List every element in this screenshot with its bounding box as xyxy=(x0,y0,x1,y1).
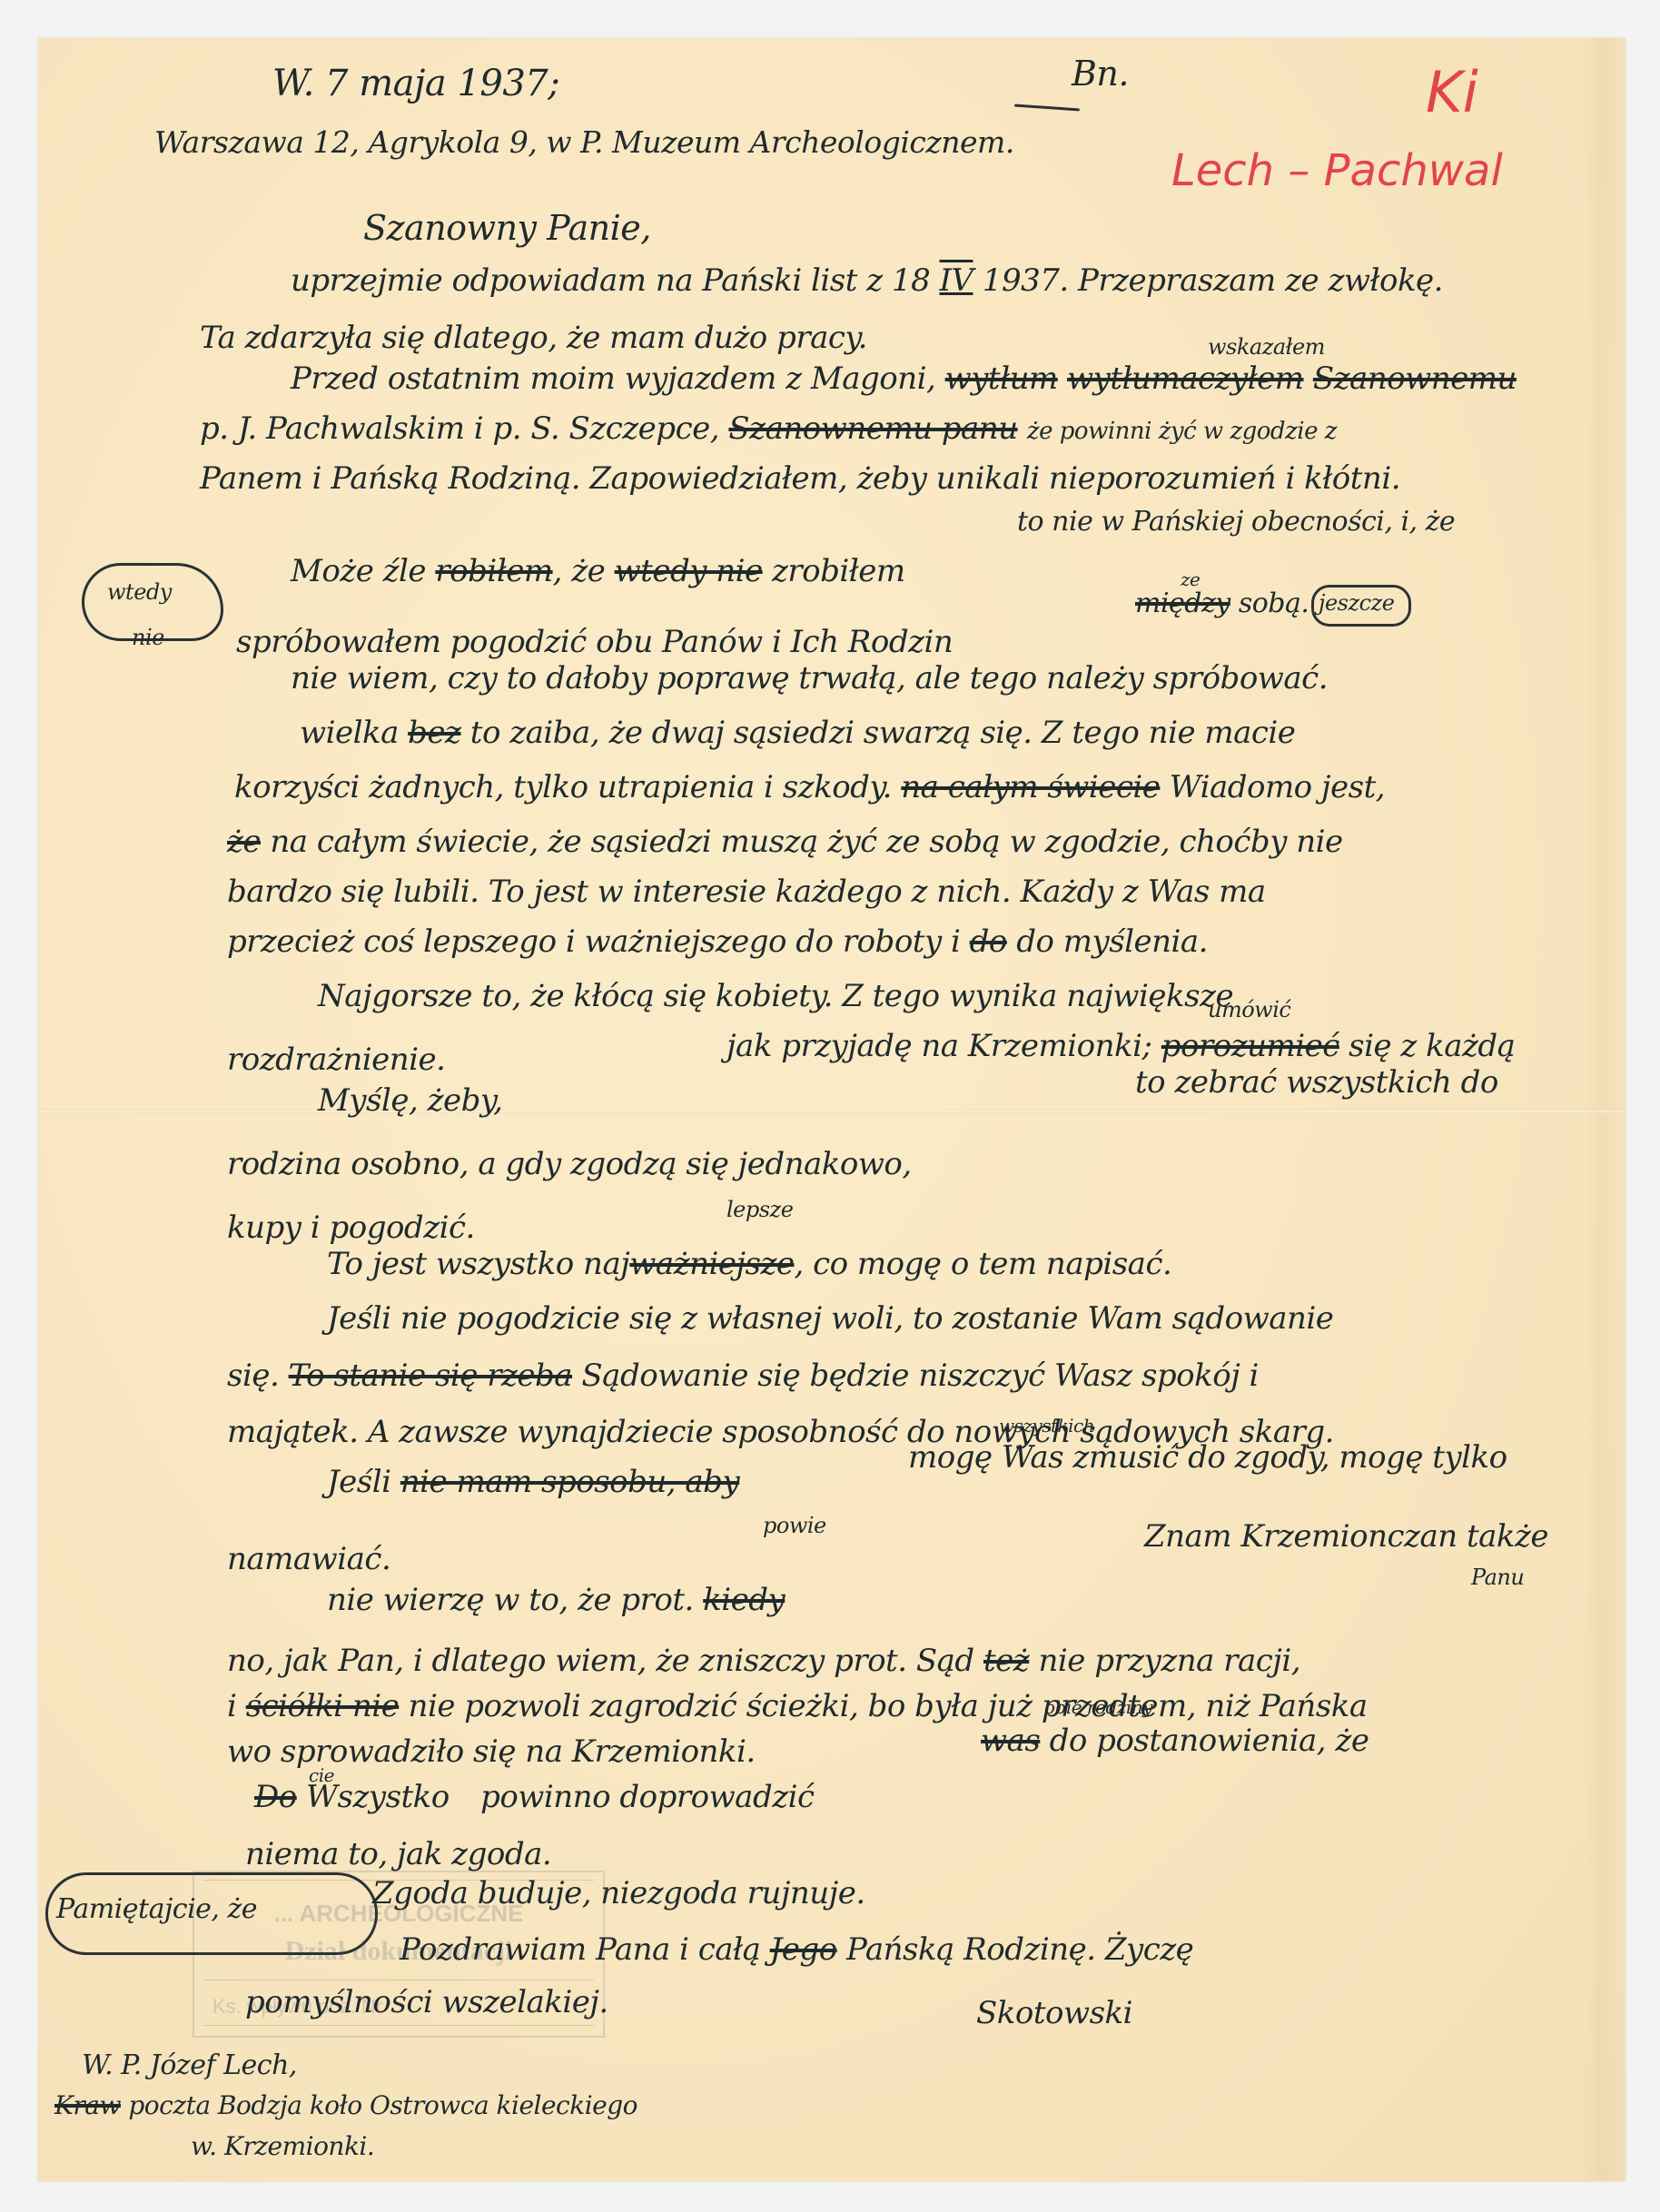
body-line-28b: was do postanowienia, że xyxy=(981,1725,1369,1756)
body-line-6d: między sobą. xyxy=(1135,590,1309,617)
body-line-21: się. To stanie się rzeba Sądowanie się b… xyxy=(227,1360,1259,1391)
address-line: Warszawa 12, Agrykola 9, w P. Muzeum Arc… xyxy=(154,127,1014,157)
insert-wszystkich: wszystkich xyxy=(999,1417,1094,1435)
body-line-9: wielka bez to zaiba, że dwaj sąsiedzi sw… xyxy=(300,717,1295,748)
insert-ze: ze xyxy=(1181,570,1200,588)
body-line-19: To jest wszystko najważniejsze, co mogę … xyxy=(327,1249,1171,1279)
red-annotation-name: Lech – Pachwal xyxy=(1171,145,1503,196)
insert-obie-rodziny: obie rodziny xyxy=(1044,1698,1152,1716)
body-line-29: Do Wszystko powinno doprowadzić xyxy=(254,1782,815,1812)
body-line-10: korzyści żadnych, tylko utrapienia i szk… xyxy=(234,772,1385,803)
body-line-30: niema to, jak zgoda. xyxy=(245,1839,551,1870)
margin-note-pamietajcie: Pamiętajcie, że xyxy=(56,1896,257,1923)
top-mark: Bn. xyxy=(1072,56,1129,91)
body-line-3: Przed ostatnim moim wyjazdem z Magoni, w… xyxy=(291,363,1517,394)
body-line-1: uprzejmie odpowiadam na Pański list z 18… xyxy=(291,265,1443,296)
body-line-12: bardzo się lubili. To jest w interesie k… xyxy=(227,876,1266,907)
body-line-24: namawiać. xyxy=(227,1544,390,1575)
salutation: Szanowny Panie, xyxy=(363,211,651,245)
recipient-line-1: W. P. Józef Lech, xyxy=(82,2052,297,2079)
body-line-23: Jeśli nie mam sposobu, aby xyxy=(327,1466,739,1497)
date-line: W. 7 maja 1937; xyxy=(272,65,559,102)
body-line-11: że na całym świecie, że sąsiedzi muszą ż… xyxy=(227,826,1343,857)
paper-fold-line xyxy=(38,1110,1625,1113)
body-line-31: Zgoda buduje, niezgoda rujnuje. xyxy=(372,1878,865,1909)
body-line-5: Panem i Pańską Rodziną. Zapowiedziałem, … xyxy=(200,463,1400,494)
body-line-25: nie wierzę w to, że prot. kiedy xyxy=(327,1585,785,1615)
body-line-18: kupy i pogodzić. xyxy=(227,1212,475,1243)
body-line-28: wo sprowadziło się na Krzemionki. xyxy=(227,1736,756,1767)
signature: Skotowski xyxy=(976,1998,1132,2029)
body-line-2: Ta zdarzyła się dlatego, że mam dużo pra… xyxy=(200,322,867,353)
insert-lepsze: lepsze xyxy=(726,1199,793,1220)
body-line-20: Jeśli nie pogodzicie się z własnej woli,… xyxy=(327,1303,1333,1334)
recipient-line-3: w. Krzemionki. xyxy=(191,2134,374,2159)
body-line-14: Najgorsze to, że kłócą się kobiety. Z te… xyxy=(318,981,1233,1012)
body-line-17: rodzina osobno, a gdy zgodzą się jednako… xyxy=(227,1149,912,1180)
body-line-16b: to zebrać wszystkich do xyxy=(1135,1067,1498,1098)
margin-note-nie: nie xyxy=(132,627,164,648)
body-line-5b: to nie w Pańskiej obecności, i, że xyxy=(1017,509,1455,536)
body-line-16: Myślę, żeby, xyxy=(318,1085,502,1116)
body-line-4: p. J. Pachwalskim i p. S. Szczepce, Szan… xyxy=(200,413,1337,444)
body-line-23b: mogę Was zmusić do zgody, mogę tylko xyxy=(908,1442,1507,1473)
body-line-13: przecież coś lepszego i ważniejszego do … xyxy=(227,926,1208,957)
body-line-24b: Znam Krzemionczan także xyxy=(1144,1521,1548,1552)
body-line-32: Pozdrawiam Pana i całą Jego Pańską Rodzi… xyxy=(400,1934,1193,1965)
body-line-8: nie wiem, czy to dałoby poprawę trwałą, … xyxy=(291,663,1328,694)
insert-panu: Panu xyxy=(1471,1566,1524,1588)
body-line-33: pomyślności wszelakiej. xyxy=(245,1987,608,2018)
body-line-15b: jak przyjadę na Krzemionki; porozumieć s… xyxy=(726,1031,1515,1062)
recipient-line-2: Kraw poczta Bodzja koło Ostrowca kieleck… xyxy=(54,2093,637,2118)
body-line-15: rozdrażnienie. xyxy=(227,1044,445,1075)
insert-umowic: umówić xyxy=(1208,999,1290,1021)
body-line-26: no, jak Pan, i dlatego wiem, że zniszczy… xyxy=(227,1645,1300,1676)
red-annotation-ki: Ki xyxy=(1426,59,1478,125)
insert-powie: powie xyxy=(763,1515,826,1536)
insert-jeszcze: jeszcze xyxy=(1319,592,1394,614)
body-line-27: i ściółki nie nie pozwoli zagrodzić ście… xyxy=(227,1691,1368,1722)
body-line-6: Może źle robiłem, że wtedy nie zrobiłem xyxy=(291,556,905,587)
margin-note-wtedy: wtedy xyxy=(107,581,172,603)
insert-wskazalem: wskazałem xyxy=(1208,336,1325,358)
body-line-7: spróbowałem pogodzić obu Panów i Ich Rod… xyxy=(236,627,953,657)
